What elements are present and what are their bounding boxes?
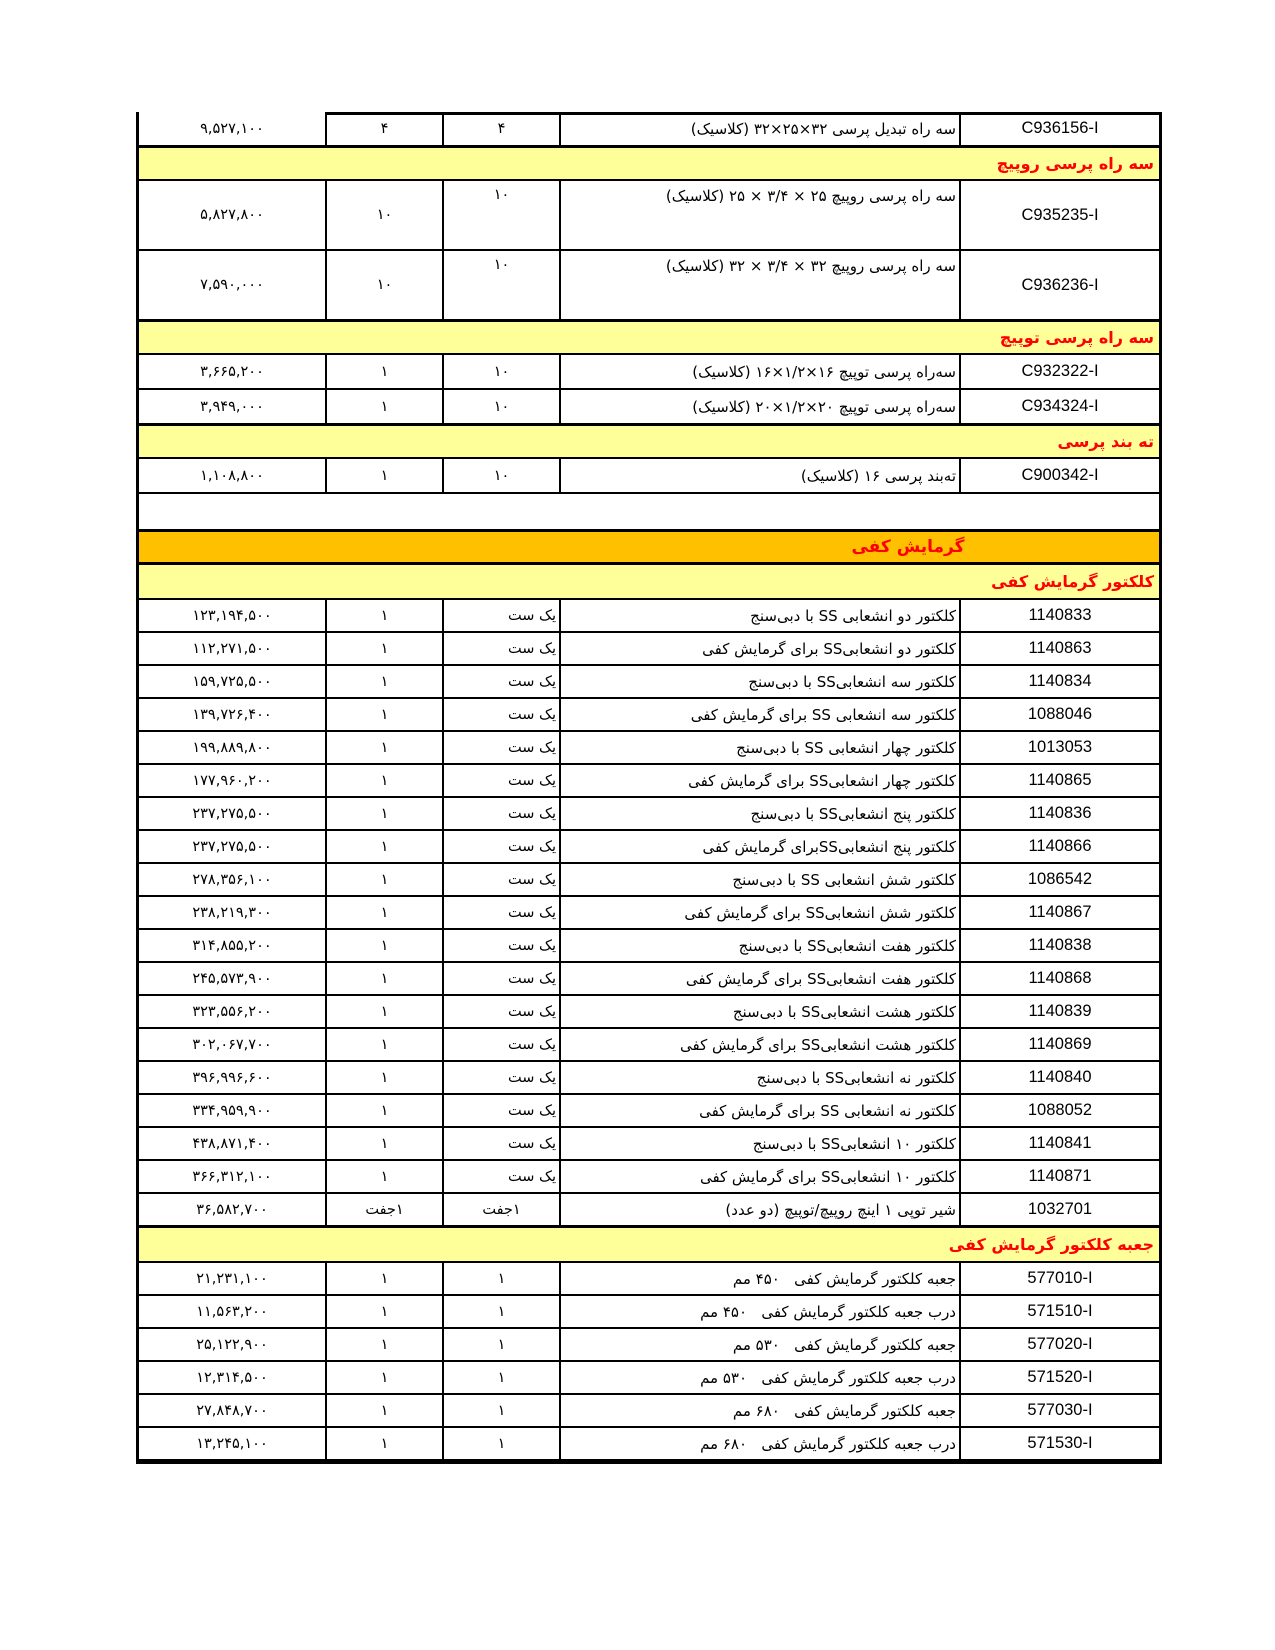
description-cell: کلکتور هشت انشعابیSS با دبی‌سنج <box>559 996 959 1027</box>
qty-per-carton-cell: ۱ <box>325 1362 442 1393</box>
price-cell: ۲۵,۱۲۲,۹۰۰ <box>139 1329 325 1360</box>
product-code-cell: 571510-I <box>959 1296 1159 1327</box>
section-header-label: سه راه پرسی روپیچ <box>997 154 1154 173</box>
qty-per-carton-cell: ۱۰ <box>325 181 442 249</box>
qty-per-pack-cell: ۱جفت <box>442 1194 559 1225</box>
qty-per-pack-cell: یک ست <box>442 963 559 994</box>
product-code-cell: 1013053 <box>959 732 1159 763</box>
product-code-cell: C936156-I <box>959 112 1159 145</box>
description-cell: سه راه تبدیل پرسی ۳۲×۲۵×۳۲ (کلاسیک) <box>559 112 959 145</box>
product-code-cell: 1086542 <box>959 864 1159 895</box>
product-code-cell: 577030-I <box>959 1395 1159 1426</box>
table-row: 1140834کلکتور سه انشعابیSS با دبی‌سنجیک … <box>139 666 1159 699</box>
table-row: 1088052کلکتور نه انشعابی SS برای گرمایش … <box>139 1095 1159 1128</box>
category-header-label: گرمایش کفی <box>851 537 964 557</box>
price-cell: ۹,۵۲۷,۱۰۰ <box>139 112 325 145</box>
qty-per-carton-cell: ۱ <box>325 600 442 631</box>
product-code-cell: 571530-I <box>959 1428 1159 1459</box>
price-cell: ۱۳,۲۴۵,۱۰۰ <box>139 1428 325 1459</box>
qty-per-pack-cell: یک ست <box>442 798 559 829</box>
product-code-cell: C900342-I <box>959 459 1159 492</box>
description-cell: کلکتور هشت انشعابیSS برای گرمایش کفی <box>559 1029 959 1060</box>
price-cell: ۱,۱۰۸,۸۰۰ <box>139 459 325 492</box>
qty-per-pack-cell: یک ست <box>442 1062 559 1093</box>
table-row: 1140840کلکتور نه انشعابیSS با دبی‌سنجیک … <box>139 1062 1159 1095</box>
qty-per-pack-cell: یک ست <box>442 996 559 1027</box>
qty-per-pack-cell: ۱ <box>442 1329 559 1360</box>
table-row: 577010-Iجعبه کلکتور گرمایش کفی ۴۵۰ مم۱۱۲… <box>139 1263 1159 1296</box>
price-cell: ۷,۵۹۰,۰۰۰ <box>139 251 325 319</box>
qty-per-carton-cell: ۱ <box>325 963 442 994</box>
product-code-cell: 1140866 <box>959 831 1159 862</box>
product-code-cell: 1140840 <box>959 1062 1159 1093</box>
qty-per-pack-cell: یک ست <box>442 831 559 862</box>
qty-per-carton-cell: ۱ <box>325 459 442 492</box>
section-header: کلکتور گرمایش کفی <box>139 564 1159 600</box>
description-cell: کلکتور هفت انشعابیSS برای گرمایش کفی <box>559 963 959 994</box>
qty-per-pack-cell: یک ست <box>442 1029 559 1060</box>
qty-per-pack-cell: ۱ <box>442 1296 559 1327</box>
price-cell: ۱۵۹,۷۲۵,۵۰۰ <box>139 666 325 697</box>
table-row: 1140865کلکتور چهار انشعابیSS برای گرمایش… <box>139 765 1159 798</box>
price-cell: ۳۶,۵۸۲,۷۰۰ <box>139 1194 325 1225</box>
table-row: 1140867کلکتور شش انشعابیSS برای گرمایش ک… <box>139 897 1159 930</box>
qty-per-pack-cell: ۱۰ <box>442 459 559 492</box>
product-code-cell: 1032701 <box>959 1194 1159 1225</box>
description-cell: سه‌راه پرسی توپیچ ۲۰×۱/۲×۲۰ (کلاسیک) <box>559 390 959 423</box>
product-code-cell: 577020-I <box>959 1329 1159 1360</box>
price-cell: ۲۳۷,۲۷۵,۵۰۰ <box>139 798 325 829</box>
description-cell: جعبه کلکتور گرمایش کفی ۴۵۰ مم <box>559 1263 959 1294</box>
description-cell: کلکتور سه انشعابی SS برای گرمایش کفی <box>559 699 959 730</box>
qty-per-carton-cell: ۱ <box>325 897 442 928</box>
description-cell: کلکتور دو انشعابی SS با دبی‌سنج <box>559 600 959 631</box>
table-row: 1140839کلکتور هشت انشعابیSS با دبی‌سنجیک… <box>139 996 1159 1029</box>
qty-per-pack-cell: یک ست <box>442 732 559 763</box>
product-code-cell: 1140865 <box>959 765 1159 796</box>
qty-per-pack-cell: یک ست <box>442 930 559 961</box>
price-cell: ۱۷۷,۹۶۰,۲۰۰ <box>139 765 325 796</box>
description-cell: کلکتور چهار انشعابی SS با دبی‌سنج <box>559 732 959 763</box>
table-row: 1086542کلکتور شش انشعابی SS با دبی‌سنجیک… <box>139 864 1159 897</box>
table-row: 571520-Iدرب جعبه کلکتور گرمایش کفی ۵۳۰ م… <box>139 1362 1159 1395</box>
price-cell: ۲۱,۲۳۱,۱۰۰ <box>139 1263 325 1294</box>
description-cell: کلکتور نه انشعابی SS برای گرمایش کفی <box>559 1095 959 1126</box>
description-cell: کلکتور چهار انشعابیSS برای گرمایش کفی <box>559 765 959 796</box>
product-code-cell: 577010-I <box>959 1263 1159 1294</box>
qty-per-carton-cell: ۱ <box>325 864 442 895</box>
section-header: جعبه کلکتور گرمایش کفی <box>139 1227 1159 1263</box>
price-cell: ۱۱,۵۶۳,۲۰۰ <box>139 1296 325 1327</box>
description-cell: سه راه پرسی روپیچ ۳۲ × ۳/۴ × ۳۲ (کلاسیک) <box>559 251 959 319</box>
section-header: سه راه پرسی توپیچ <box>139 321 1159 355</box>
price-cell: ۵,۸۲۷,۸۰۰ <box>139 181 325 249</box>
description-cell: سه راه پرسی روپیچ ۲۵ × ۳/۴ × ۲۵ (کلاسیک) <box>559 181 959 249</box>
description-cell: کلکتور ۱۰ انشعابیSS با دبی‌سنج <box>559 1128 959 1159</box>
qty-per-carton-cell: ۱ <box>325 666 442 697</box>
price-cell: ۱۱۲,۲۷۱,۵۰۰ <box>139 633 325 664</box>
section-header-label: کلکتور گرمایش کفی <box>991 572 1154 591</box>
description-cell: کلکتور سه انشعابیSS با دبی‌سنج <box>559 666 959 697</box>
description-cell: درب جعبه کلکتور گرمایش کفی ۵۳۰ مم <box>559 1362 959 1393</box>
price-cell: ۴۳۸,۸۷۱,۴۰۰ <box>139 1128 325 1159</box>
product-code-cell: C934324-I <box>959 390 1159 423</box>
table-row: 1140871کلکتور ۱۰ انشعابیSS برای گرمایش ک… <box>139 1161 1159 1194</box>
table-row: 1140866کلکتور پنج انشعابیSSبرای گرمایش ک… <box>139 831 1159 864</box>
price-cell: ۲۷۸,۳۵۶,۱۰۰ <box>139 864 325 895</box>
qty-per-carton-cell: ۱ <box>325 798 442 829</box>
qty-per-carton-cell: ۱ <box>325 1395 442 1426</box>
price-cell: ۳۶۶,۳۱۲,۱۰۰ <box>139 1161 325 1192</box>
qty-per-carton-cell: ۱ <box>325 831 442 862</box>
section-header: سه راه پرسی روپیچ <box>139 147 1159 181</box>
qty-per-pack-cell: ۴ <box>442 112 559 145</box>
qty-per-carton-cell: ۱ <box>325 1428 442 1459</box>
table-row: C934324-Iسه‌راه پرسی توپیچ ۲۰×۱/۲×۲۰ (کل… <box>139 390 1159 425</box>
empty-row <box>139 494 1159 529</box>
description-cell: ته‌بند پرسی ۱۶ (کلاسیک) <box>559 459 959 492</box>
qty-per-carton-cell: ۱ <box>325 699 442 730</box>
price-table: C936156-Iسه راه تبدیل پرسی ۳۲×۲۵×۳۲ (کلا… <box>136 112 1162 1464</box>
table-row: 1140836کلکتور پنج انشعابیSS با دبی‌سنجیک… <box>139 798 1159 831</box>
price-cell: ۳۹۶,۹۹۶,۶۰۰ <box>139 1062 325 1093</box>
product-code-cell: 1140833 <box>959 600 1159 631</box>
description-cell: درب جعبه کلکتور گرمایش کفی ۴۵۰ مم <box>559 1296 959 1327</box>
price-cell: ۲۳۷,۲۷۵,۵۰۰ <box>139 831 325 862</box>
product-code-cell: C935235-I <box>959 181 1159 249</box>
qty-per-pack-cell: ۱ <box>442 1428 559 1459</box>
table-row: C900342-Iته‌بند پرسی ۱۶ (کلاسیک)۱۰۱۱,۱۰۸… <box>139 459 1159 494</box>
qty-per-pack-cell: یک ست <box>442 765 559 796</box>
qty-per-carton-cell: ۱ <box>325 390 442 423</box>
qty-per-pack-cell: یک ست <box>442 1128 559 1159</box>
section-header-label: جعبه کلکتور گرمایش کفی <box>949 1235 1154 1254</box>
table-row: 571510-Iدرب جعبه کلکتور گرمایش کفی ۴۵۰ م… <box>139 1296 1159 1329</box>
description-cell: شیر توپی ۱ اینچ روپیچ/توپیچ (دو عدد) <box>559 1194 959 1225</box>
table-row: 1140869کلکتور هشت انشعابیSS برای گرمایش … <box>139 1029 1159 1062</box>
table-row: C936236-Iسه راه پرسی روپیچ ۳۲ × ۳/۴ × ۳۲… <box>139 251 1159 321</box>
table-row: C935235-Iسه راه پرسی روپیچ ۲۵ × ۳/۴ × ۲۵… <box>139 181 1159 251</box>
price-cell: ۳۱۴,۸۵۵,۲۰۰ <box>139 930 325 961</box>
qty-per-carton-cell: ۱ <box>325 633 442 664</box>
qty-per-pack-cell: یک ست <box>442 864 559 895</box>
description-cell: کلکتور شش انشعابیSS برای گرمایش کفی <box>559 897 959 928</box>
qty-per-pack-cell: یک ست <box>442 897 559 928</box>
table-row: 1140833کلکتور دو انشعابی SS با دبی‌سنجیک… <box>139 600 1159 633</box>
qty-per-carton-cell: ۱ <box>325 1062 442 1093</box>
section-header-label: سه راه پرسی توپیچ <box>1000 328 1154 347</box>
table-row: 577030-Iجعبه کلکتور گرمایش کفی ۶۸۰ مم۱۱۲… <box>139 1395 1159 1428</box>
description-cell: کلکتور پنج انشعابیSSبرای گرمایش کفی <box>559 831 959 862</box>
qty-per-pack-cell: ۱۰ <box>442 355 559 388</box>
product-code-cell: 1140871 <box>959 1161 1159 1192</box>
product-code-cell: 571520-I <box>959 1362 1159 1393</box>
product-code-cell: 1140838 <box>959 930 1159 961</box>
price-cell: ۲۴۵,۵۷۳,۹۰۰ <box>139 963 325 994</box>
price-cell: ۳,۹۴۹,۰۰۰ <box>139 390 325 423</box>
table-row: 1032701شیر توپی ۱ اینچ روپیچ/توپیچ (دو ع… <box>139 1194 1159 1227</box>
qty-per-carton-cell: ۱ <box>325 1296 442 1327</box>
product-code-cell: 1140863 <box>959 633 1159 664</box>
qty-per-pack-cell: یک ست <box>442 699 559 730</box>
price-cell: ۲۳۸,۲۱۹,۳۰۰ <box>139 897 325 928</box>
product-code-cell: 1140869 <box>959 1029 1159 1060</box>
qty-per-carton-cell: ۱جفت <box>325 1194 442 1225</box>
description-cell: جعبه کلکتور گرمایش کفی ۵۳۰ مم <box>559 1329 959 1360</box>
qty-per-pack-cell: یک ست <box>442 666 559 697</box>
description-cell: کلکتور نه انشعابیSS با دبی‌سنج <box>559 1062 959 1093</box>
table-row: 1088046کلکتور سه انشعابی SS برای گرمایش … <box>139 699 1159 732</box>
price-cell: ۳۲۳,۵۵۶,۲۰۰ <box>139 996 325 1027</box>
qty-per-pack-cell: یک ست <box>442 1161 559 1192</box>
price-cell: ۱۲۳,۱۹۴,۵۰۰ <box>139 600 325 631</box>
table-row: 1140841کلکتور ۱۰ انشعابیSS با دبی‌سنجیک … <box>139 1128 1159 1161</box>
table-row: 577020-Iجعبه کلکتور گرمایش کفی ۵۳۰ مم۱۱۲… <box>139 1329 1159 1362</box>
description-cell: کلکتور دو انشعابیSS برای گرمایش کفی <box>559 633 959 664</box>
product-code-cell: 1088046 <box>959 699 1159 730</box>
description-cell: سه‌راه پرسی توپیچ ۱۶×۱/۲×۱۶ (کلاسیک) <box>559 355 959 388</box>
description-cell: کلکتور ۱۰ انشعابیSS برای گرمایش کفی <box>559 1161 959 1192</box>
product-code-cell: 1140841 <box>959 1128 1159 1159</box>
description-cell: کلکتور پنج انشعابیSS با دبی‌سنج <box>559 798 959 829</box>
table-top-border <box>326 112 1159 115</box>
qty-per-pack-cell: ۱۰ <box>442 181 559 249</box>
product-code-cell: 1140836 <box>959 798 1159 829</box>
product-code-cell: 1088052 <box>959 1095 1159 1126</box>
qty-per-carton-cell: ۱۰ <box>325 251 442 319</box>
qty-per-pack-cell: یک ست <box>442 600 559 631</box>
qty-per-carton-cell: ۱ <box>325 1095 442 1126</box>
qty-per-carton-cell: ۱ <box>325 996 442 1027</box>
description-cell: کلکتور شش انشعابی SS با دبی‌سنج <box>559 864 959 895</box>
qty-per-carton-cell: ۱ <box>325 765 442 796</box>
description-cell: جعبه کلکتور گرمایش کفی ۶۸۰ مم <box>559 1395 959 1426</box>
qty-per-pack-cell: ۱۰ <box>442 390 559 423</box>
price-cell: ۱۳۹,۷۲۶,۴۰۰ <box>139 699 325 730</box>
price-cell: ۱۹۹,۸۸۹,۸۰۰ <box>139 732 325 763</box>
qty-per-carton-cell: ۴ <box>325 112 442 145</box>
product-code-cell: 1140867 <box>959 897 1159 928</box>
table-row: C932322-Iسه‌راه پرسی توپیچ ۱۶×۱/۲×۱۶ (کل… <box>139 355 1159 390</box>
table-row: 1013053کلکتور چهار انشعابی SS با دبی‌سنج… <box>139 732 1159 765</box>
table-row: 571530-Iدرب جعبه کلکتور گرمایش کفی ۶۸۰ م… <box>139 1428 1159 1461</box>
price-cell: ۳۰۲,۰۶۷,۷۰۰ <box>139 1029 325 1060</box>
product-code-cell: 1140834 <box>959 666 1159 697</box>
section-header: ته بند پرسی <box>139 425 1159 459</box>
qty-per-carton-cell: ۱ <box>325 1329 442 1360</box>
table-row: 1140868کلکتور هفت انشعابیSS برای گرمایش … <box>139 963 1159 996</box>
table-row: 1140863کلکتور دو انشعابیSS برای گرمایش ک… <box>139 633 1159 666</box>
description-cell: کلکتور هفت انشعابیSS با دبی‌سنج <box>559 930 959 961</box>
qty-per-carton-cell: ۱ <box>325 1128 442 1159</box>
price-cell: ۳۳۴,۹۵۹,۹۰۰ <box>139 1095 325 1126</box>
product-code-cell: C932322-I <box>959 355 1159 388</box>
qty-per-pack-cell: ۱۰ <box>442 251 559 319</box>
table-row: 1140838کلکتور هفت انشعابیSS با دبی‌سنجیک… <box>139 930 1159 963</box>
section-header-label: ته بند پرسی <box>1057 432 1154 451</box>
price-cell: ۲۷,۸۴۸,۷۰۰ <box>139 1395 325 1426</box>
qty-per-pack-cell: ۱ <box>442 1263 559 1294</box>
spreadsheet-page: C936156-Iسه راه تبدیل پرسی ۳۲×۲۵×۳۲ (کلا… <box>0 0 1275 1650</box>
qty-per-pack-cell: یک ست <box>442 633 559 664</box>
price-cell: ۳,۶۶۵,۲۰۰ <box>139 355 325 388</box>
product-code-cell: C936236-I <box>959 251 1159 319</box>
qty-per-carton-cell: ۱ <box>325 930 442 961</box>
qty-per-carton-cell: ۱ <box>325 1263 442 1294</box>
description-cell: درب جعبه کلکتور گرمایش کفی ۶۸۰ مم <box>559 1428 959 1459</box>
qty-per-carton-cell: ۱ <box>325 732 442 763</box>
qty-per-pack-cell: یک ست <box>442 1095 559 1126</box>
product-code-cell: 1140868 <box>959 963 1159 994</box>
category-header: گرمایش کفی <box>139 529 1159 564</box>
product-code-cell: 1140839 <box>959 996 1159 1027</box>
qty-per-pack-cell: ۱ <box>442 1395 559 1426</box>
table-row: C936156-Iسه راه تبدیل پرسی ۳۲×۲۵×۳۲ (کلا… <box>139 112 1159 147</box>
qty-per-carton-cell: ۱ <box>325 1161 442 1192</box>
qty-per-carton-cell: ۱ <box>325 1029 442 1060</box>
price-cell: ۱۲,۳۱۴,۵۰۰ <box>139 1362 325 1393</box>
qty-per-carton-cell: ۱ <box>325 355 442 388</box>
qty-per-pack-cell: ۱ <box>442 1362 559 1393</box>
